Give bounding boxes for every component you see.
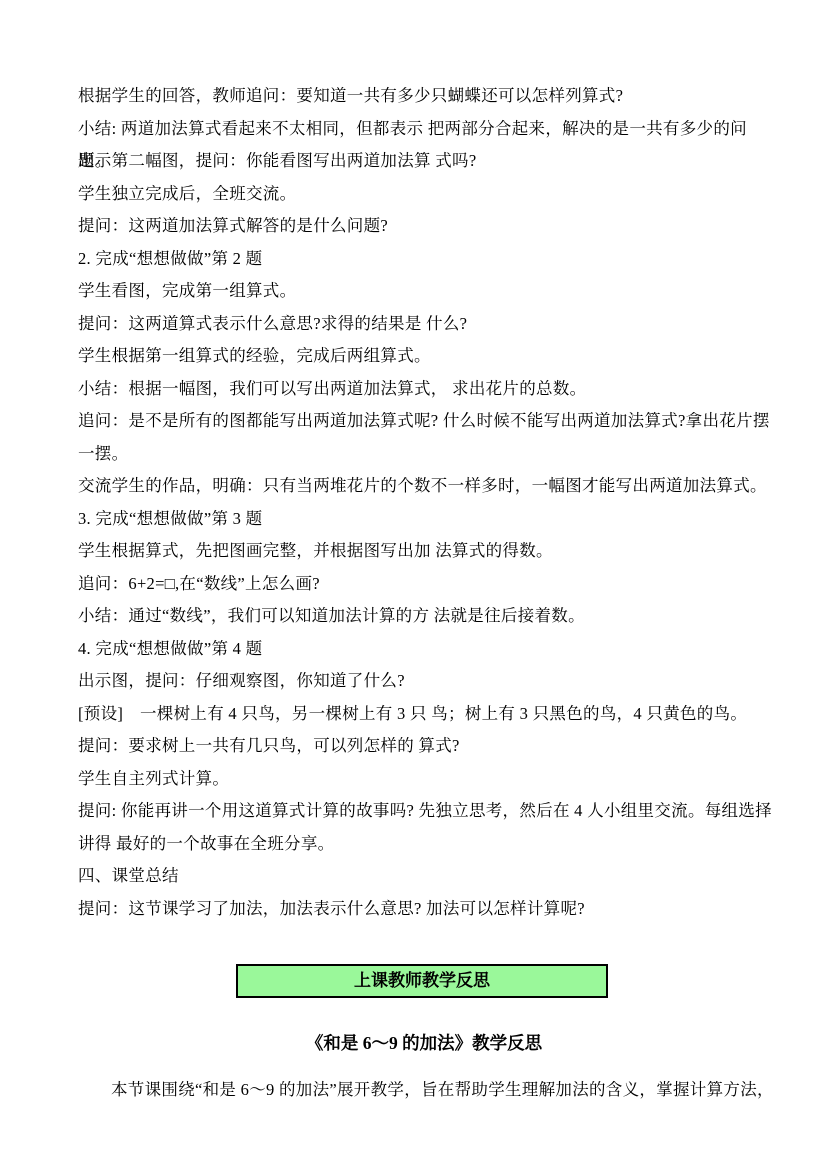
list-item-4: 4. 完成“想想做做”第 4 题	[78, 633, 778, 666]
paragraph-line: 提问：要求树上一共有几只鸟，可以列怎样的 算式?	[78, 730, 778, 763]
paragraph-line: [预设] 一棵树上有 4 只鸟，另一棵树上有 3 只 鸟；树上有 3 只黑色的鸟…	[78, 698, 778, 731]
paragraph-line: 提问：这节课学习了加法，加法表示什么意思? 加法可以怎样计算呢?	[78, 893, 778, 926]
reflection-title: 《和是 6～9 的加法》教学反思	[78, 1032, 770, 1054]
paragraph-line: 小结：通过“数线”，我们可以知道加法计算的方 法就是往后接着数。	[78, 600, 778, 633]
paragraph-line: 学生独立完成后，全班交流。	[78, 178, 778, 211]
paragraph-line: 一摆。	[78, 438, 778, 471]
paragraph-line: 学生根据算式，先把图画完整，并根据图写出加 法算式的得数。	[78, 535, 778, 568]
paragraph-line: 小结：根据一幅图，我们可以写出两道加法算式， 求出花片的总数。	[78, 373, 778, 406]
reflection-section-banner: 上课教师教学反思	[236, 964, 608, 998]
paragraph-line: 交流学生的作品，明确：只有当两堆花片的个数不一样多时，一幅图才能写出两道加法算式…	[78, 470, 778, 503]
paragraph-line: 提问：这两道算式表示什么意思?求得的结果是 什么?	[78, 308, 778, 341]
paragraph-line: 追问：6+2=□,在“数线”上怎么画?	[78, 568, 778, 601]
list-item-2: 2. 完成“想想做做”第 2 题	[78, 243, 778, 276]
paragraph-line: 讲得 最好的一个故事在全班分享。	[78, 828, 778, 861]
paragraph-line: 学生根据第一组算式的经验，完成后两组算式。	[78, 340, 778, 373]
paragraph-line: 追问：是不是所有的图都能写出两道加法算式呢? 什么时候不能写出两道加法算式?拿出…	[78, 405, 778, 438]
paragraph-line: 学生自主列式计算。	[78, 763, 778, 796]
document-page: 根据学生的回答，教师追问：要知道一共有多少只蝴蝶还可以怎样列算式? 小结: 两道…	[0, 0, 827, 1170]
paragraph-line: 出示图，提问：仔细观察图，你知道了什么?	[78, 665, 778, 698]
document-body: 根据学生的回答，教师追问：要知道一共有多少只蝴蝶还可以怎样列算式? 小结: 两道…	[78, 80, 778, 1107]
paragraph-line: 提问: 你能再讲一个用这道算式计算的故事吗? 先独立思考，然后在 4 人小组里交…	[78, 795, 778, 828]
paragraph-line: 提问：这两道加法算式解答的是什么问题?	[78, 210, 778, 243]
list-item-3: 3. 完成“想想做做”第 3 题	[78, 503, 778, 536]
reflection-paragraph: 本节课围绕“和是 6～9 的加法”展开教学，旨在帮助学生理解加法的含义，掌握计算…	[78, 1074, 784, 1107]
paragraph-line: 学生看图，完成第一组算式。	[78, 275, 778, 308]
paragraph-line: 根据学生的回答，教师追问：要知道一共有多少只蝴蝶还可以怎样列算式?	[78, 80, 778, 113]
section-heading-4: 四、课堂总结	[78, 860, 778, 893]
paragraph-line: 小结: 两道加法算式看起来不太相同，但都表示 把两部分合起来，解决的是一共有多少…	[78, 113, 778, 146]
paragraph-line: 出示第二幅图，提问：你能看图写出两道加法算 式吗?	[78, 145, 778, 178]
